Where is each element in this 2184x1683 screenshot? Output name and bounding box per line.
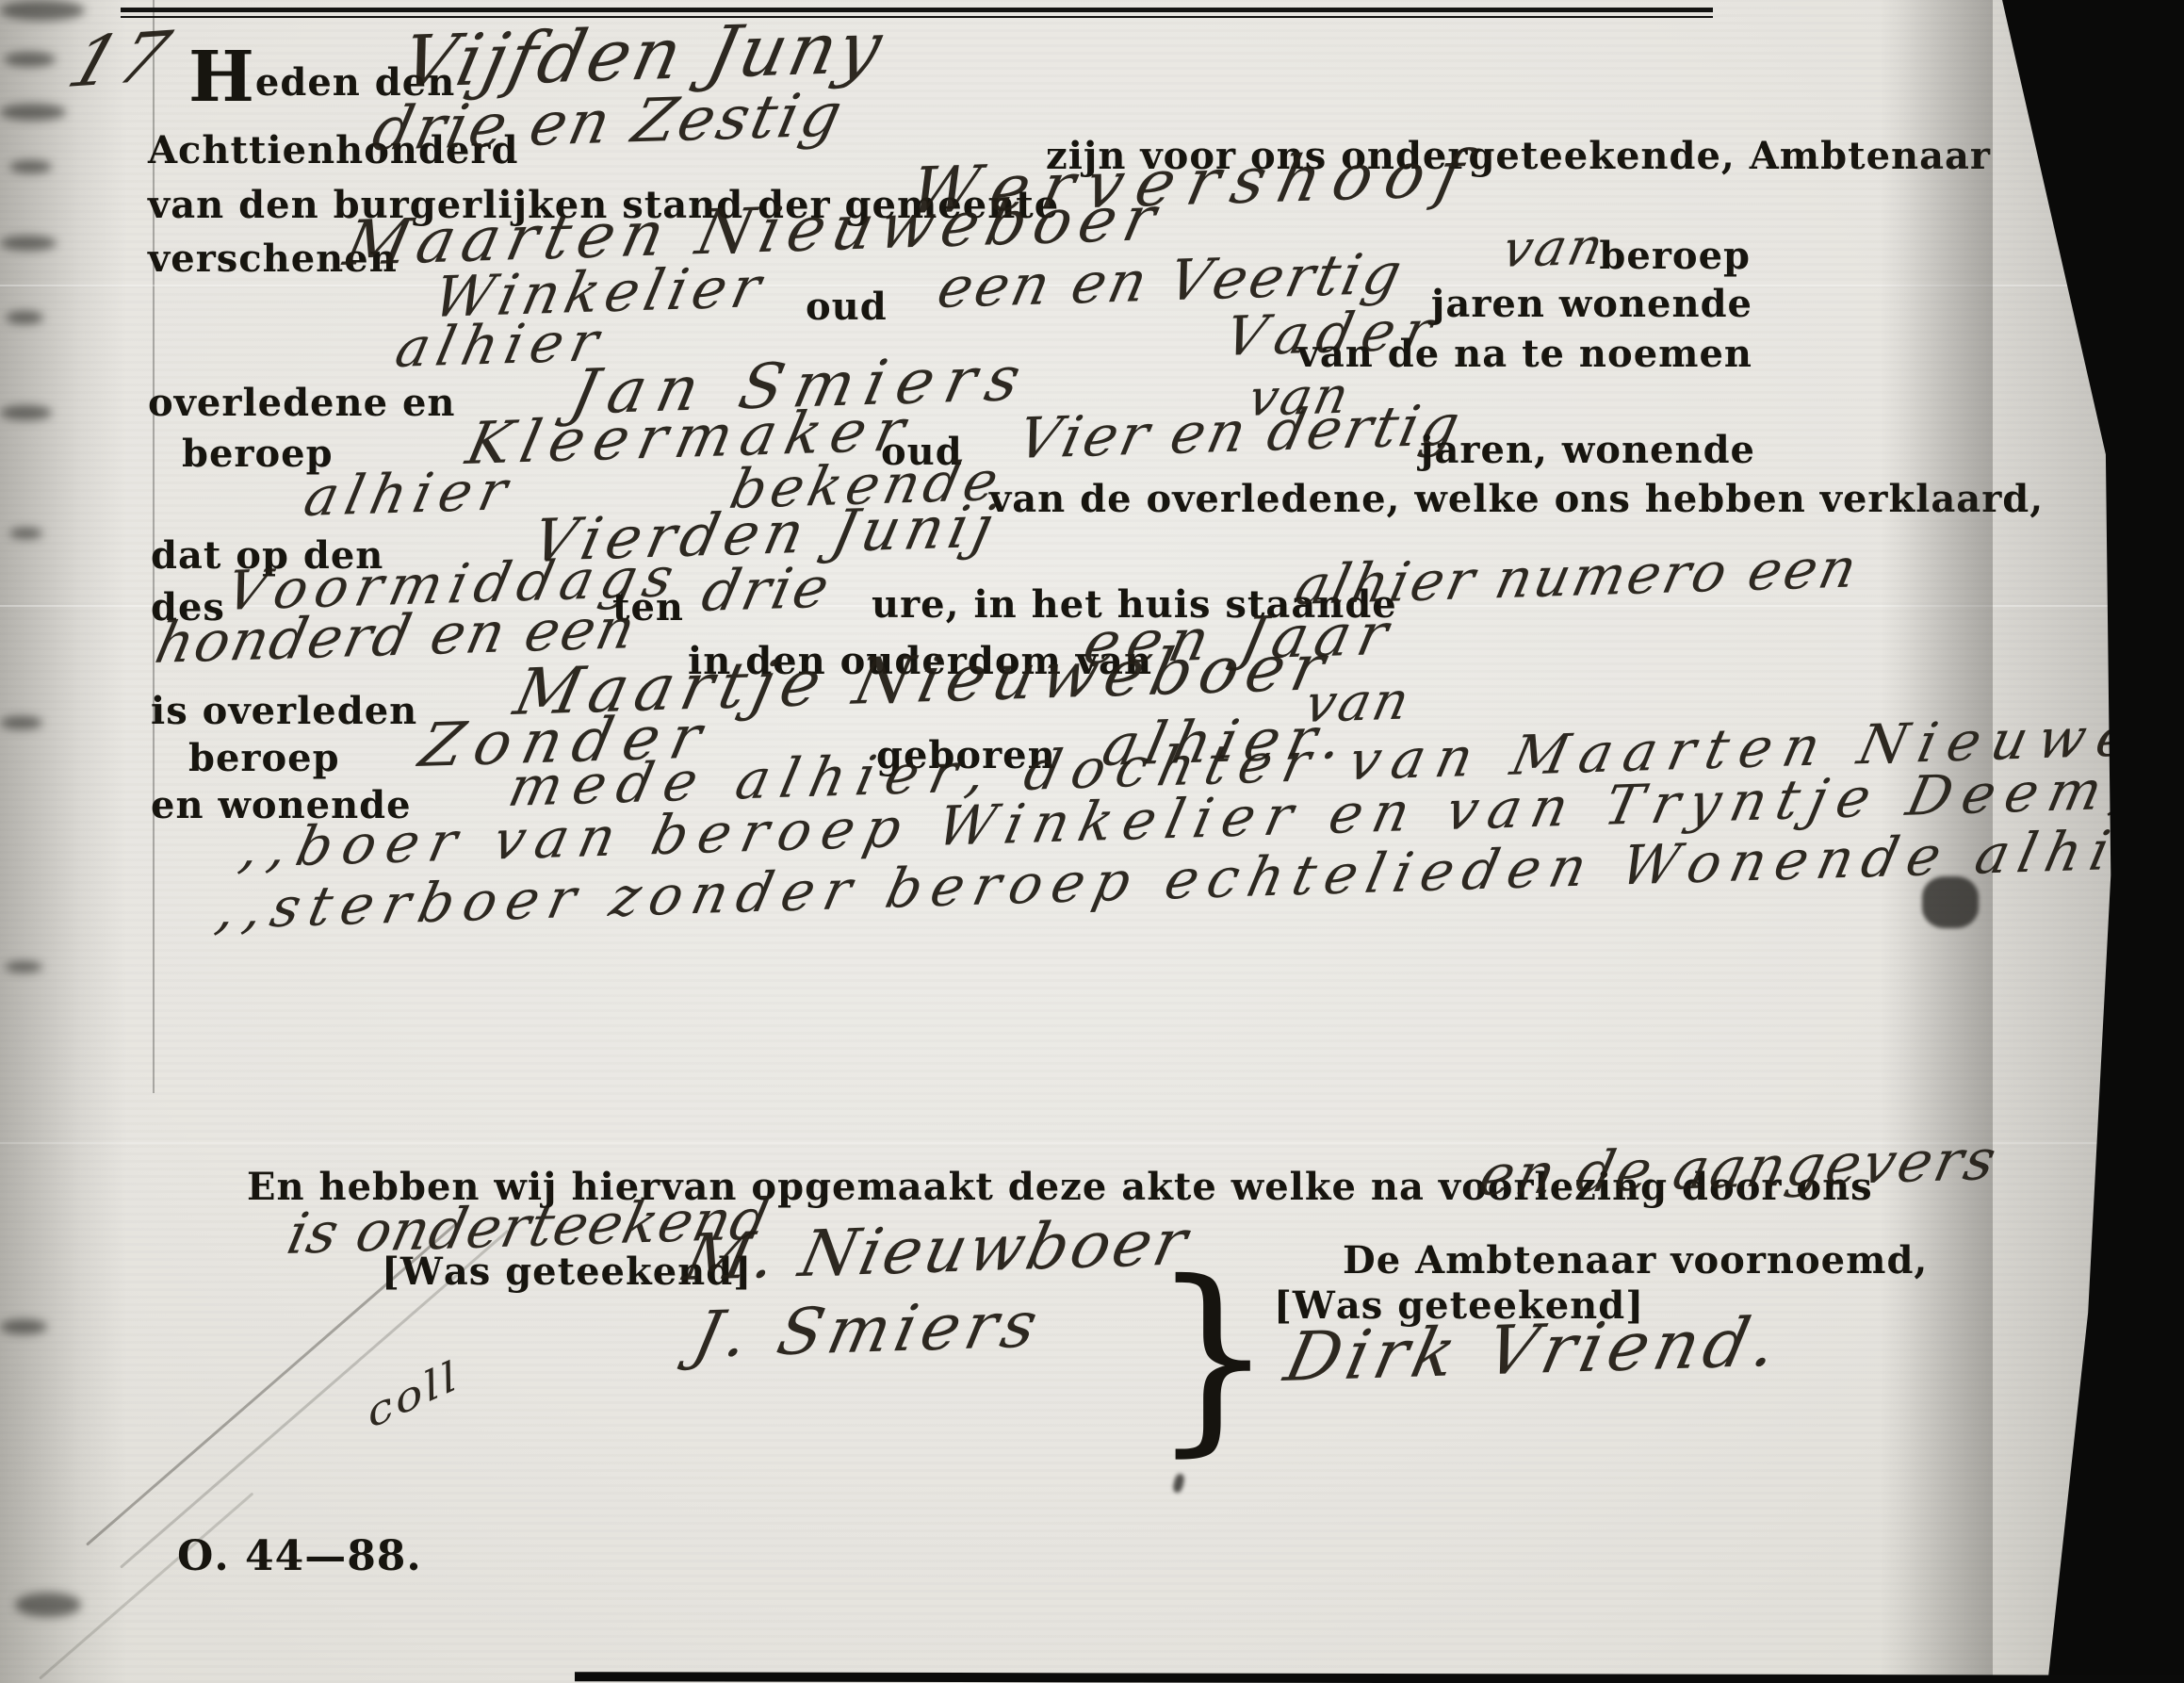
- page-edge-smudge: [0, 1319, 47, 1334]
- signature-declarant1: M. Nieuwboer: [678, 1211, 1195, 1291]
- act-number: 17: [60, 22, 180, 98]
- entry-alhier-2: alhier: [300, 463, 519, 524]
- page-edge-smudge: [5, 961, 42, 972]
- printed-jaren-wonende-1: jaren wonende: [1431, 286, 1752, 323]
- page-edge-smudge: [9, 160, 52, 173]
- printed-ambtenaar-voornoemd: De Ambtenaar voornoemd,: [1343, 1242, 1928, 1280]
- entry-van-1: van: [1498, 221, 1610, 275]
- entry-hour: drie: [697, 560, 837, 620]
- top-double-rule-lower: [121, 16, 1713, 18]
- signature-brace: }: [1151, 1256, 1274, 1459]
- printed-jaren-wonende-2: jaren, wonende: [1420, 432, 1755, 469]
- page-edge-smudge: [9, 528, 42, 539]
- printed-oud-1: oud: [806, 288, 888, 326]
- page-edge-smudge: [0, 104, 66, 121]
- printed-beroep-1: beroep: [1599, 237, 1751, 275]
- page-edge-shadow: [1880, 0, 1993, 1683]
- page-edge-smudge: [0, 405, 52, 420]
- page-edge-smudge: [15, 1593, 81, 1617]
- printed-na-te-noemen: van de na te noemen: [1297, 335, 1752, 373]
- top-double-rule-upper: [121, 8, 1713, 12]
- page-edge-smudge: [0, 0, 85, 21]
- printed-is-overleden: is overleden: [151, 693, 417, 730]
- pencil-stroke: [39, 1493, 253, 1680]
- margin-note-coll: coll: [363, 1354, 464, 1434]
- drop-cap-h: H: [188, 37, 255, 118]
- printed-overledene-en: overledene en: [148, 384, 456, 422]
- signature-declarant2: J. Smiers: [688, 1294, 1048, 1368]
- printed-beroep-3: beroep: [188, 740, 340, 777]
- page-edge-smudge: [6, 311, 43, 324]
- entry-year: drie en Zestig: [367, 86, 850, 160]
- page-edge-smudge: [0, 236, 57, 251]
- printed-beroep-2: beroep: [182, 435, 334, 473]
- signature-official: Dirk Vriend.: [1279, 1308, 1789, 1391]
- entry-declarant2-age: Vier en dertig: [1013, 397, 1467, 467]
- death-certificate-scan: 17 Heden den Vijfden Juny Achttienhonder…: [0, 0, 2184, 1683]
- page-edge-smudge: [0, 716, 42, 729]
- footer-form-code: O. 44—88.: [177, 1536, 422, 1577]
- page-edge-smudge: [4, 52, 56, 67]
- ink-smudge: [1172, 1473, 1186, 1494]
